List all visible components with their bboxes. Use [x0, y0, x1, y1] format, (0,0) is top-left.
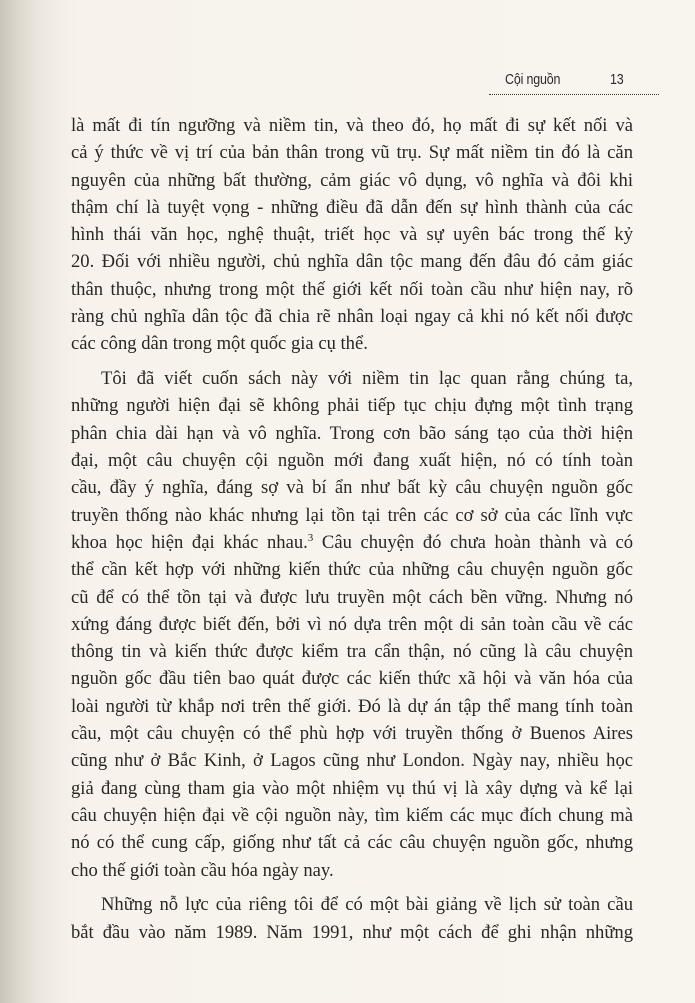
- running-title: Cội nguồn: [505, 72, 560, 88]
- text-line: cũng như ở Bắc Kinh, ở Lagos cũng như Lo…: [71, 747, 633, 774]
- text-line: thân thuộc, nhưng trong một thế giới kết…: [71, 276, 633, 303]
- text-line: xứng đáng được biết đến, bởi vì nó dựa t…: [71, 611, 633, 638]
- text-line: đại, một câu chuyện cội nguồn mới đang x…: [71, 447, 633, 474]
- text-line: Những nỗ lực của riêng tôi để có một bài…: [71, 891, 633, 918]
- text-line: cầu, đầy ý nghĩa, đáng sợ và bí ẩn như b…: [71, 474, 633, 501]
- text-line: nguồn gốc đầu tiên bao quát được các kiế…: [71, 665, 633, 692]
- text-line: những người hiện đại sẽ không phải tiếp …: [71, 392, 633, 419]
- text-line: cho thế giới toàn cầu hóa ngày nay.: [71, 857, 633, 884]
- text-line: nguyên của những bất thường, cảm giác vô…: [71, 167, 633, 194]
- text-line: loài người từ khắp nơi trên thế giới. Đó…: [71, 693, 633, 720]
- text-fragment: Câu chuyện đó chưa hoàn thành và có: [313, 532, 633, 553]
- paragraph-1: là mất đi tín ngưỡng và niềm tin, và the…: [71, 112, 633, 358]
- text-line: Tôi đã viết cuốn sách này với niềm tin l…: [71, 365, 633, 392]
- text-line: câu chuyện hiện đại về cội nguồn này, tì…: [71, 802, 633, 829]
- text-line: 20. Đối với nhiều người, chủ nghĩa dân t…: [71, 248, 633, 275]
- text-line: cầu, một câu chuyện có thể phù hợp với t…: [71, 720, 633, 747]
- book-page: Cội nguồn 13 là mất đi tín ngưỡng và niề…: [0, 0, 695, 1003]
- page-number: 13: [610, 72, 624, 88]
- text-line: cả ý thức về vị trí của bản thân trong v…: [71, 139, 633, 166]
- text-line: ràng chủ nghĩa dân tộc đã chia rẽ nhân l…: [71, 303, 633, 330]
- paragraph-3: Những nỗ lực của riêng tôi để có một bài…: [71, 891, 633, 946]
- running-header: Cội nguồn 13: [505, 66, 655, 96]
- paragraph-2: Tôi đã viết cuốn sách này với niềm tin l…: [71, 365, 633, 884]
- text-line: nó có thể cung cấp, giống như tất cả các…: [71, 829, 633, 856]
- text-line: bắt đầu vào năm 1989. Năm 1991, như một …: [71, 919, 633, 946]
- text-line: giả đang cùng tham gia vào một nhiệm vụ …: [71, 775, 633, 802]
- text-line: thậm chí là tuyệt vọng - những điều đã d…: [71, 194, 633, 221]
- text-line: phân chia dài hạn và vô nghĩa. Trong cơn…: [71, 420, 633, 447]
- text-line: cũ để có thể tồn tại và được lưu truyền …: [71, 584, 633, 611]
- text-fragment: khoa học hiện đại khác nhau.: [71, 532, 308, 553]
- text-line: truyền thống nào khác nhưng lại tồn tại …: [71, 502, 633, 529]
- text-line-with-footnote: khoa học hiện đại khác nhau.3 Câu chuyện…: [71, 529, 633, 556]
- text-line: các công dân trong một quốc gia cụ thể.: [71, 330, 633, 357]
- text-line: hình thái văn học, nghệ thuật, triết học…: [71, 221, 633, 248]
- body-text: là mất đi tín ngưỡng và niềm tin, và the…: [71, 112, 633, 946]
- text-line: thể cần kết hợp với những kiến thức của …: [71, 556, 633, 583]
- text-line: là mất đi tín ngưỡng và niềm tin, và the…: [71, 112, 633, 139]
- header-dotted-rule: [489, 94, 659, 95]
- text-line: thông tin và kiến thức được kiểm tra cẩn…: [71, 638, 633, 665]
